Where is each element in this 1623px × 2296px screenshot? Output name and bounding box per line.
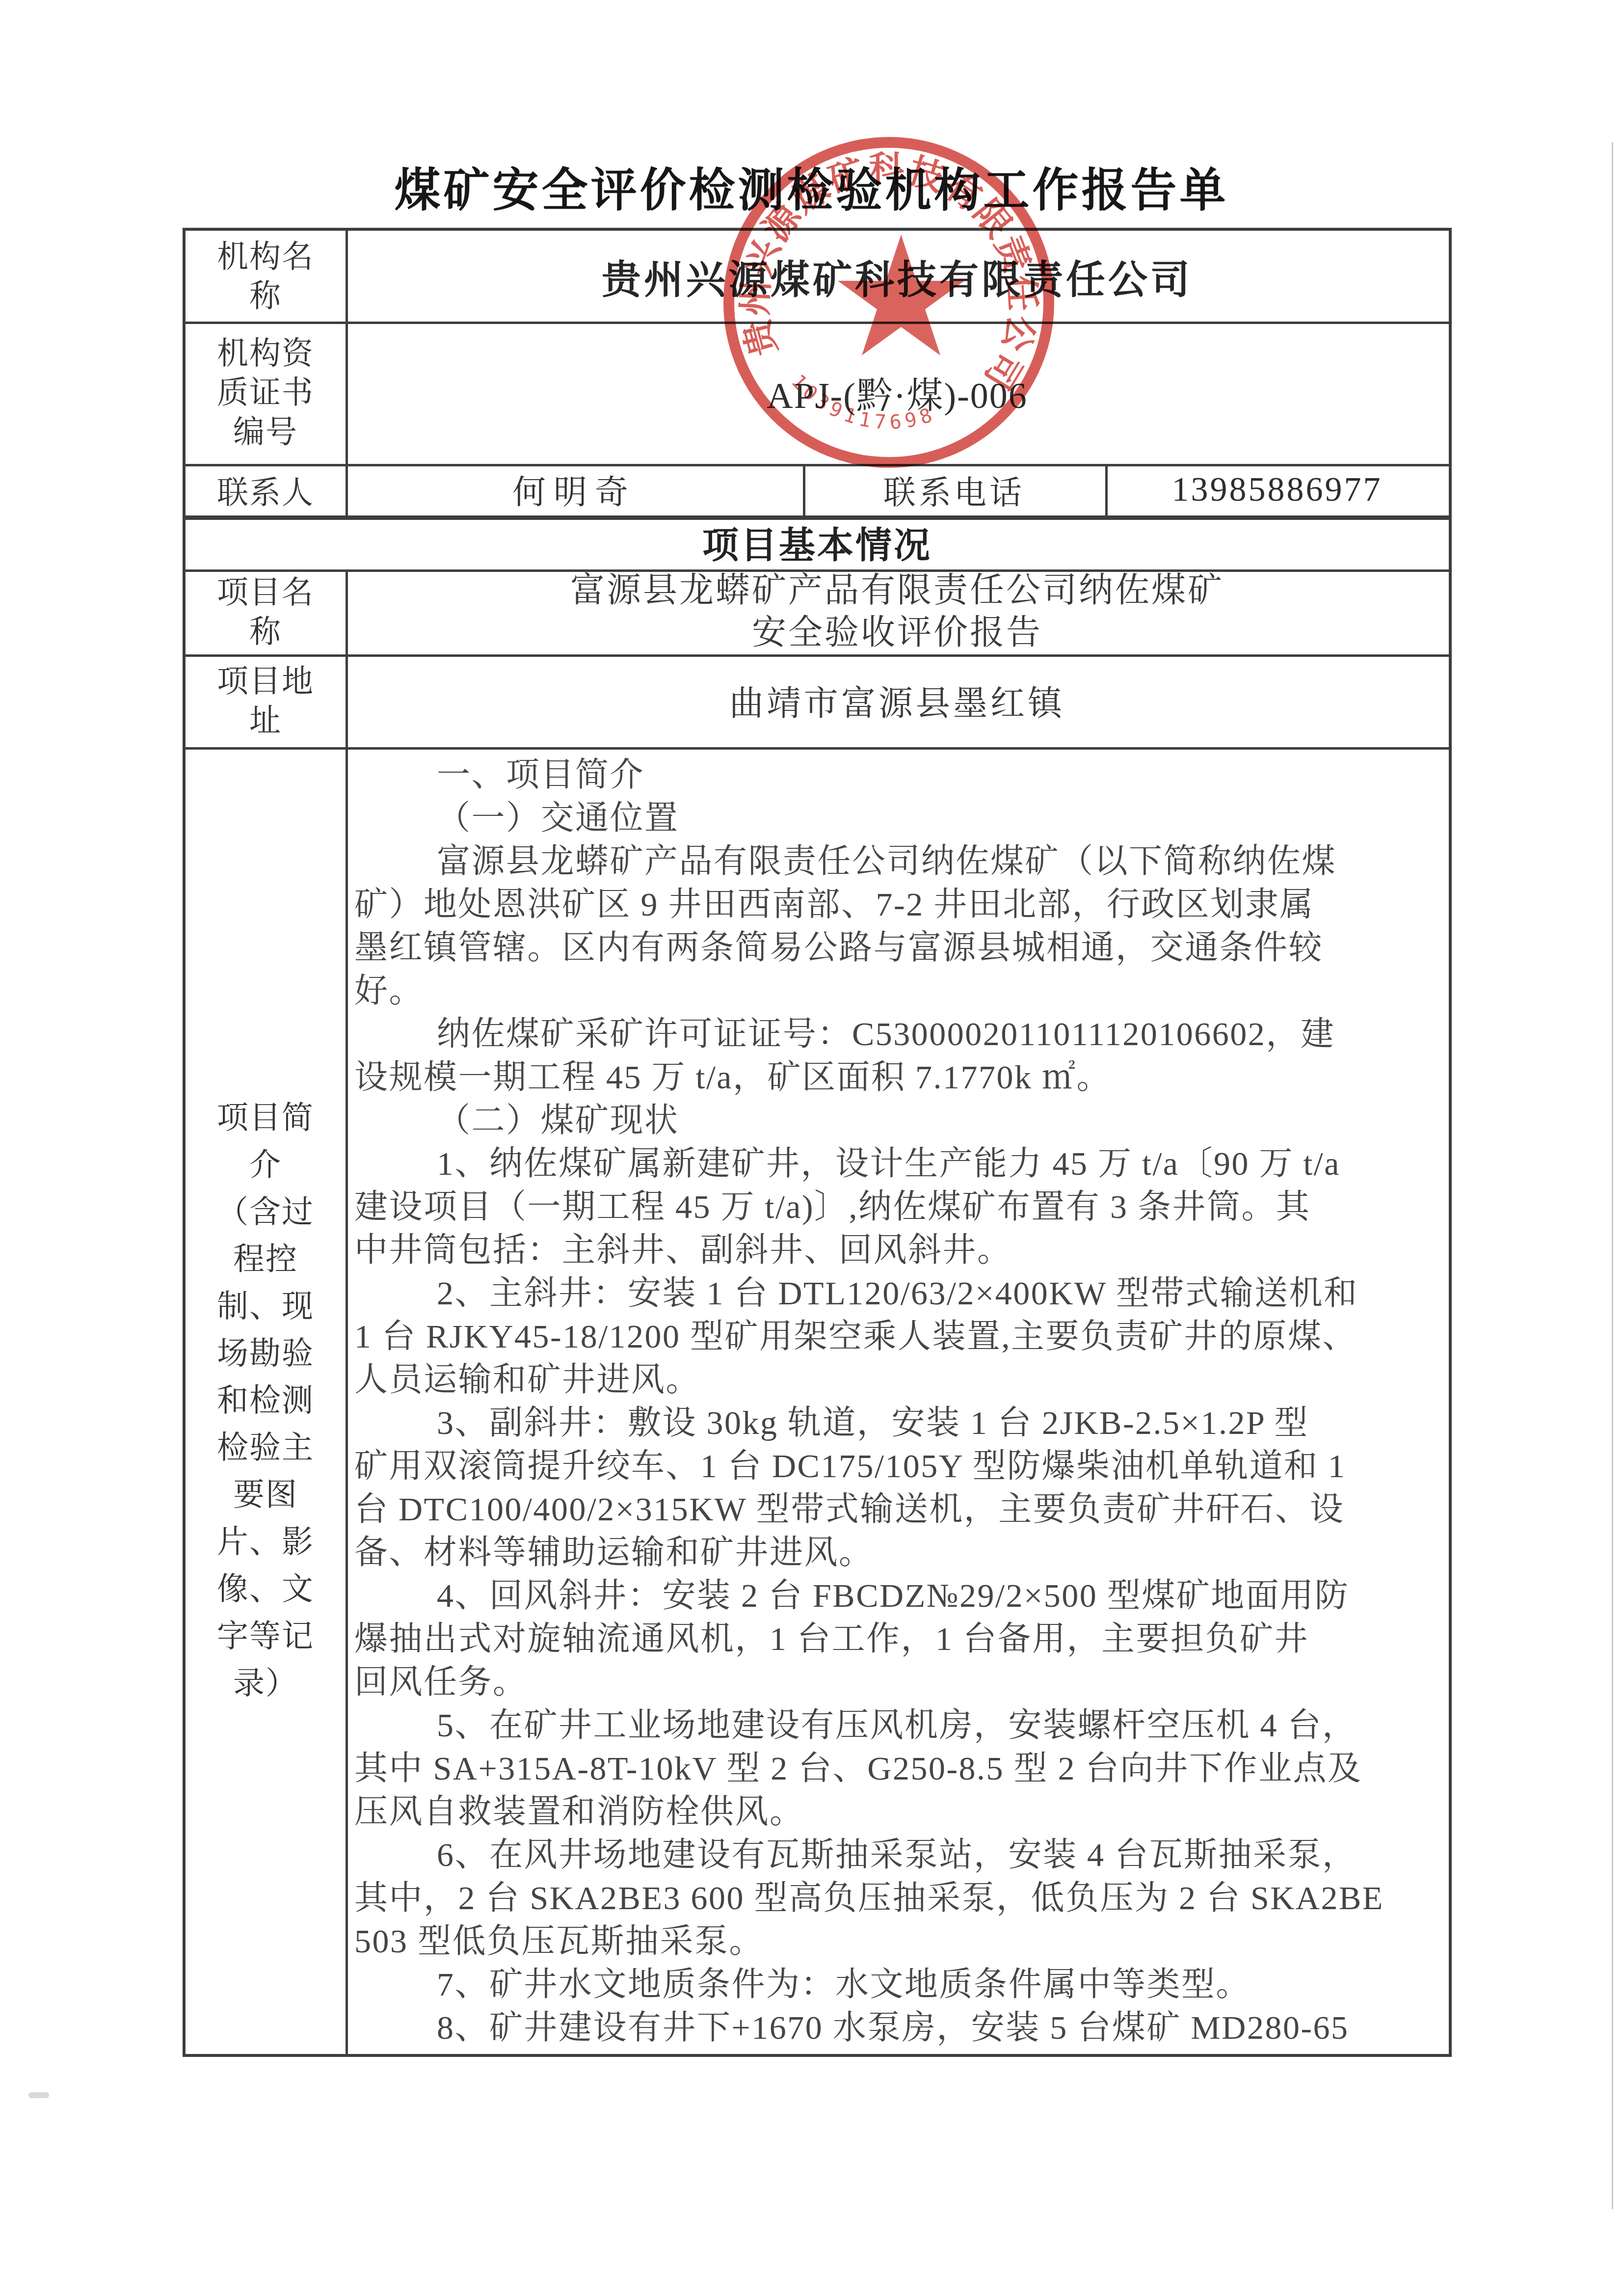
project-intro-text: 一、项目简介（一）交通位置富源县龙蟒矿产品有限责任公司纳佐煤矿（以下简称纳佐煤矿…: [346, 747, 1449, 2054]
intro-text-line: 一、项目简介: [354, 753, 1449, 796]
project-intro-label: 项目简介（含过程控制、现场勘验和检测检验主要图片、影像、文字等记录）: [186, 747, 346, 2054]
intro-text-line: 回风任务。: [354, 1660, 1449, 1703]
intro-text-line: 人员运输和矿井进风。: [354, 1358, 1449, 1401]
label-line: 质证书: [217, 373, 314, 412]
label-line: 机构资: [217, 334, 314, 373]
label-line: 机构名: [217, 237, 314, 276]
intro-text-line: 3、副斜井：敷设 30kg 轨道，安装 1 台 2JKB-2.5×1.2P 型: [354, 1401, 1449, 1444]
report-table: 机构名称 贵州兴源煤矿科技有限责任公司 机构资质证书编号 APJ-(黔·煤)-0…: [183, 228, 1452, 2057]
label-line: 场勘验: [217, 1330, 314, 1377]
label-line: 称: [249, 276, 282, 316]
phone-value: 13985886977: [1105, 464, 1449, 515]
label-line: 编号: [233, 412, 298, 452]
intro-text-line: 8、矿井建设有井下+1670 水泵房，安装 5 台煤矿 MD280-65: [354, 2006, 1449, 2049]
seal-serial-text: 1039117698: [787, 370, 939, 434]
intro-text-line: 4、回风斜井：安装 2 台 FBCDZ№29/2×500 型煤矿地面用防: [354, 1574, 1449, 1617]
intro-text-line: 其中 SA+315A-8T-10kV 型 2 台、G250-8.5 型 2 台向…: [354, 1747, 1449, 1790]
contact-label: 联系人: [186, 464, 346, 515]
intro-text-line: 1 台 RJKY45-18/1200 型矿用架空乘人装置,主要负责矿井的原煤、: [354, 1315, 1449, 1358]
intro-text-line: 503 型低负压瓦斯抽采泵。: [354, 1919, 1449, 1963]
intro-text-line: 7、矿井水文地质条件为：水文地质条件属中等类型。: [354, 1963, 1449, 2006]
project-name-label: 项目名称: [186, 569, 346, 654]
label-line: 片、影: [217, 1518, 314, 1566]
project-section-title: 项目基本情况: [186, 515, 1449, 569]
intro-text-line: （二）煤矿现状: [354, 1099, 1449, 1142]
intro-text-line: 矿）地处恩洪矿区 9 井田西南部、7-2 井田北部，行政区划隶属: [354, 883, 1449, 926]
label-line: 和检测: [217, 1377, 314, 1424]
label-line: 要图: [233, 1471, 298, 1518]
intro-text-line: 备、材料等辅助运输和矿井进风。: [354, 1531, 1449, 1574]
intro-text-line: （一）交通位置: [354, 796, 1449, 839]
intro-text-line: 台 DTC100/400/2×315KW 型带式输送机，主要负责矿井矸石、设: [354, 1487, 1449, 1531]
intro-text-line: 建设项目（一期工程 45 万 t/a)〕,纳佐煤矿布置有 3 条井筒。其: [354, 1185, 1449, 1228]
scan-edge-artifact: [1612, 142, 1613, 2209]
intro-text-line: 设规模一期工程 45 万 t/a，矿区面积 7.1770k ㎡。: [354, 1055, 1449, 1099]
intro-text-line: 爆抽出式对旋轴流通风机，1 台工作，1 台备用，主要担负矿井: [354, 1617, 1449, 1660]
project-name-line: 富源县龙蟒矿产品有限责任公司纳佐煤矿: [570, 570, 1224, 612]
scanned-report-page: 煤矿安全评价检测检验机构工作报告单 机构名称 贵州兴源煤矿科技有限责任公司 机构…: [0, 0, 1623, 2296]
intro-text-line: 6、在风井场地建设有瓦斯抽采泵站，安装 4 台瓦斯抽采泵，: [354, 1833, 1449, 1876]
label-line: 像、文: [217, 1566, 314, 1613]
seal-star-icon: [838, 235, 964, 355]
org-name-label: 机构名称: [186, 231, 346, 322]
intro-text-line: 富源县龙蟒矿产品有限责任公司纳佐煤矿（以下简称纳佐煤: [354, 839, 1449, 883]
intro-text-line: 1、纳佐煤矿属新建矿井，设计生产能力 45 万 t/a〔90 万 t/a: [354, 1142, 1449, 1185]
label-line: 制、现: [217, 1283, 314, 1330]
project-name-value: 富源县龙蟒矿产品有限责任公司纳佐煤矿安全验收评价报告: [346, 569, 1449, 654]
project-address-value: 曲靖市富源县墨红镇: [346, 654, 1449, 747]
label-line: 项目地: [217, 662, 314, 701]
label-line: 字等记: [217, 1613, 314, 1660]
intro-text-line: 墨红镇管辖。区内有两条简易公路与富源县城相通，交通条件较: [354, 926, 1449, 969]
label-line: 项目名: [217, 573, 314, 612]
label-line: （含过: [217, 1189, 314, 1236]
label-line: 称: [249, 612, 282, 651]
intro-text-line: 压风自救装置和消防栓供风。: [354, 1790, 1449, 1833]
intro-text-line: 5、在矿井工业场地建设有压风机房，安装螺杆空压机 4 台，: [354, 1703, 1449, 1747]
company-seal: 贵州兴源煤矿科技有限责任公司 1039117698: [712, 126, 1065, 479]
cert-no-label: 机构资质证书编号: [186, 322, 346, 464]
label-line: 检验主: [217, 1424, 314, 1471]
label-line: 址: [249, 701, 282, 740]
intro-text-line: 好。: [354, 969, 1449, 1012]
label-line: 项目简: [217, 1094, 314, 1141]
intro-text-line: 纳佐煤矿采矿许可证证号：C5300002011011120106602，建: [354, 1012, 1449, 1055]
scan-smudge-artifact: [28, 2092, 49, 2098]
label-line: 录）: [233, 1660, 298, 1707]
intro-text-line: 中井筒包括：主斜井、副斜井、回风斜井。: [354, 1228, 1449, 1271]
intro-text-line: 矿用双滚筒提升绞车、1 台 DC175/105Y 型防爆柴油机单轨道和 1: [354, 1444, 1449, 1487]
project-name-line: 安全验收评价报告: [752, 612, 1042, 654]
project-address-label: 项目地址: [186, 654, 346, 747]
label-line: 程控: [233, 1236, 298, 1283]
intro-text-line: 2、主斜井：安装 1 台 DTL120/63/2×400KW 型带式输送机和: [354, 1271, 1449, 1315]
intro-text-line: 其中，2 台 SKA2BE3 600 型高负压抽采泵，低负压为 2 台 SKA2…: [354, 1876, 1449, 1919]
label-line: 介: [249, 1141, 282, 1189]
